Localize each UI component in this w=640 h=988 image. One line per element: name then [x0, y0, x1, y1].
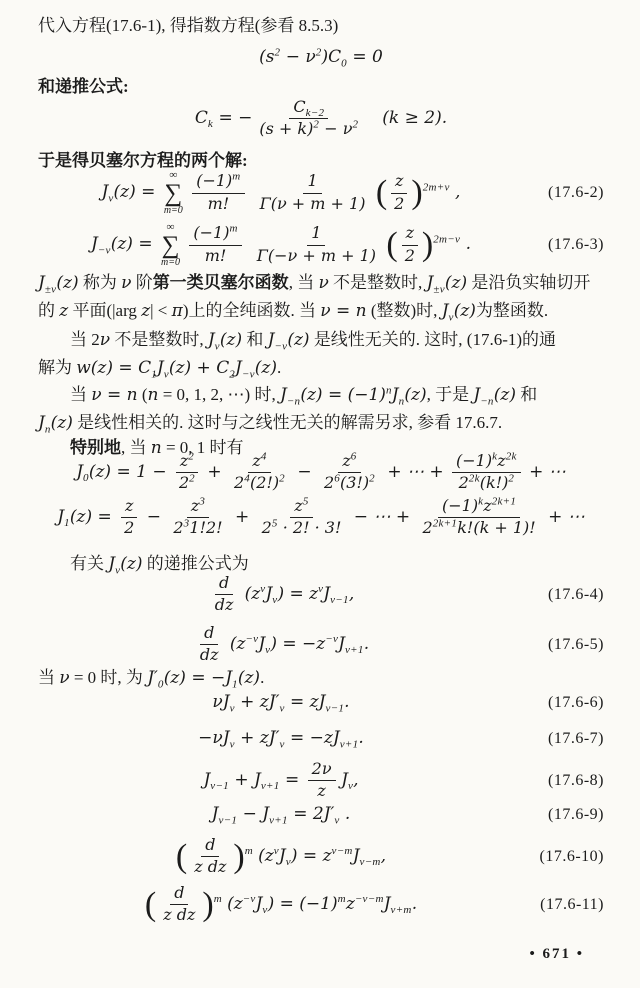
math-text: d: [219, 573, 229, 592]
math-superscript: 2: [369, 473, 375, 485]
math-text: .: [358, 728, 363, 748]
math-superscript: 2: [189, 473, 195, 485]
math-text: ,: [353, 770, 358, 790]
math-fraction: 1Γ(ν + m + 1): [256, 172, 370, 214]
math-text: d: [204, 623, 214, 642]
math-text: (z): [220, 330, 242, 350]
math-text: (z: [227, 894, 243, 914]
math-text: .: [412, 894, 417, 914]
math-text: (s: [259, 47, 274, 67]
math-text: J: [91, 234, 98, 254]
body-text: 不是整数时,: [110, 330, 208, 349]
math-superscript: 4: [261, 451, 267, 463]
math-superscript: 2k+1: [492, 496, 517, 508]
big-paren: ): [202, 886, 213, 923]
math-text: +: [230, 507, 255, 527]
line-nu-zero: 当 ν = 0 时, 为 J′0(z) = −J1(z).: [38, 667, 604, 690]
fraction-denominator: 2: [120, 518, 138, 538]
eq-17-6-6: νJν + zJ′ν = zJν−1.(17.6-6): [38, 691, 604, 714]
fraction-numerator: 1: [307, 224, 325, 245]
math-text: =: [280, 770, 305, 790]
para-independent-1: 当 2ν 不是整数时, Jν(z) 和 J−ν(z) 是线性无关的. 这时, (…: [38, 329, 604, 352]
math-text: Γ(−ν + m + 1): [257, 246, 376, 265]
math-fraction: z626(3!)2: [320, 452, 379, 494]
formula-body: ddz(zνJν) = zνJν−1,: [38, 574, 524, 616]
math-text: C: [195, 108, 208, 128]
math-text: (−1): [196, 171, 232, 190]
math-superscript: 3: [199, 496, 205, 508]
math-text: 1!2!: [189, 518, 222, 537]
math-subscript: k−2: [306, 107, 325, 119]
math-subscript: ±ν: [45, 283, 57, 295]
math-subscript: ν−1: [210, 780, 229, 792]
equation-number: (17.6-7): [524, 728, 604, 750]
math-text: J: [280, 385, 287, 405]
math-superscript: −ν: [325, 633, 338, 645]
math-text: z: [406, 223, 414, 242]
para-dependent-2: Jn(z) 是线性相关的. 这时与之线性无关的解需另求, 参看 17.6.7.: [38, 412, 604, 435]
math-text: − ν: [319, 119, 352, 138]
math-text: (z): [494, 385, 516, 405]
eq-17-6-2: Jν(z) = ∞∑m=0(−1)mm!1Γ(ν + m + 1)(z2)2m+…: [38, 170, 604, 216]
eq-j1-series: J1(z) = z2 − z3231!2! + z525 · 2! · 3! −…: [38, 497, 604, 539]
formula-body: Jν−1 − Jν+1 = 2J′ν .: [38, 803, 524, 826]
math-text: + J: [229, 770, 261, 790]
math-text: (z): [454, 301, 476, 321]
math-text: z: [346, 894, 355, 914]
math-text: ,: [381, 846, 386, 866]
math-text: d: [205, 835, 215, 854]
math-text: J: [442, 301, 449, 321]
big-paren: (: [376, 174, 387, 211]
equation-number: (17.6-8): [524, 770, 604, 792]
math-text: = −zJ: [285, 728, 340, 748]
body-text: = 0 时, 为: [70, 668, 148, 687]
math-subscript: ν+m: [391, 904, 412, 916]
math-text: ν: [121, 273, 131, 293]
math-fraction: Ck−2(s + k)2 − ν2: [255, 98, 362, 140]
fraction-numerator: d: [170, 884, 188, 905]
math-text: ) = −z: [270, 634, 325, 654]
math-subscript: ν−m: [360, 856, 381, 868]
body-text: 为整函数.: [476, 301, 548, 320]
body-text: 有关: [70, 554, 108, 573]
math-subscript: −ν: [274, 340, 287, 352]
body-text: | <: [150, 301, 172, 320]
fraction-denominator: 24(2!)2: [230, 473, 289, 493]
math-text: J: [38, 413, 45, 433]
para-first-kind-1: J±ν(z) 称为 ν 阶第一类贝塞尔函数, 当 ν 不是整数时, J±ν(z)…: [38, 272, 604, 295]
math-text: J: [157, 358, 164, 378]
math-superscript: m: [338, 893, 346, 905]
fraction-denominator: (s + k)2 − ν2: [255, 119, 362, 139]
math-text: (z): [445, 273, 467, 293]
math-fraction: z3231!2!: [169, 497, 226, 539]
math-text: J: [208, 330, 215, 350]
math-text: 2: [262, 518, 272, 537]
math-text: (z) + C: [169, 358, 229, 378]
math-fraction: z222: [175, 452, 199, 494]
eq-recurrence: Ck = −Ck−2(s + k)2 − ν2(k ≥ 2).: [38, 98, 604, 140]
fraction-numerator: (−1)m: [192, 172, 244, 193]
math-text: z: [497, 451, 505, 470]
fraction-denominator: 22: [175, 473, 199, 493]
eq-17-6-9: Jν−1 − Jν+1 = 2J′ν .(17.6-9): [38, 803, 604, 826]
math-text: z: [342, 451, 350, 470]
para-intro: 代入方程(17.6-1), 得指数方程(参看 8.5.3): [38, 15, 604, 38]
math-text: z: [395, 171, 403, 190]
fraction-numerator: z5: [290, 497, 312, 518]
fraction-numerator: d: [215, 574, 233, 595]
body-text: 和: [516, 385, 537, 404]
formula-body: (dz dz)m(zνJν) = zν−mJν−m,: [38, 836, 524, 878]
math-text: (z) = 1 −: [89, 462, 172, 482]
math-text: (z: [245, 584, 261, 604]
math-text: νJ: [212, 692, 229, 712]
math-text: (z): [255, 358, 277, 378]
math-text: z: [483, 496, 491, 515]
math-text: ν: [59, 668, 69, 688]
big-paren: ): [411, 174, 422, 211]
eq-17-6-3: J−ν(z) = ∞∑m=0(−1)mm!1Γ(−ν + m + 1)(z2)2…: [38, 222, 604, 268]
math-text: z: [59, 301, 68, 321]
big-paren: ): [233, 838, 244, 875]
math-text: J: [384, 894, 391, 914]
math-subscript: ν−1: [330, 594, 349, 606]
sum-lower-limit: m=0: [164, 206, 183, 216]
math-subscript: −ν: [242, 368, 255, 380]
math-subscript: −n: [480, 395, 494, 407]
math-superscript: 2k: [469, 473, 480, 485]
body-text: (: [138, 385, 148, 404]
math-text: J: [338, 634, 345, 654]
equation-number: (17.6-11): [524, 894, 604, 916]
math-fraction: dz dz: [190, 836, 230, 878]
math-superscript: −ν: [245, 633, 258, 645]
eq-j0-series: J0(z) = 1 − z222 + z424(2!)2 − z626(3!)2…: [38, 452, 604, 494]
math-text: (z: [230, 634, 246, 654]
equation-number: (17.6-9): [524, 804, 604, 826]
body-text: 解为: [38, 358, 76, 377]
big-paren: (: [145, 886, 156, 923]
math-text: (−1): [442, 496, 478, 515]
math-text: + zJ′: [235, 692, 280, 712]
math-text: z dz: [163, 905, 195, 924]
line-recurrence-label: 和递推公式:: [38, 76, 604, 99]
math-text: z: [317, 781, 325, 800]
fraction-numerator: z: [402, 224, 418, 245]
fraction-numerator: d: [201, 836, 219, 857]
scanned-book-page: 代入方程(17.6-1), 得指数方程(参看 8.5.3)(s2 − ν2)C0…: [0, 0, 640, 988]
body-text: 代入方程(17.6-1), 得指数方程(参看 8.5.3): [38, 16, 338, 35]
body-text: 是线性相关的. 这时与之线性无关的解需另求, 参看 17.6.7.: [73, 413, 502, 432]
math-superscript: 2k: [506, 451, 517, 463]
math-text: w(z) = C: [76, 358, 151, 378]
equation-number: (17.6-2): [524, 182, 604, 204]
equation-number: (17.6-6): [524, 692, 604, 714]
equation-number: (17.6-10): [524, 846, 604, 868]
math-superscript: 2: [352, 119, 358, 131]
fraction-denominator: 25 · 2! · 3!: [258, 518, 346, 538]
body-text: , 于是: [427, 385, 474, 404]
math-superscript: m: [245, 845, 253, 857]
math-fraction: ddz: [196, 624, 223, 666]
math-text: z: [125, 496, 133, 515]
math-text: · 2! · 3!: [278, 518, 342, 537]
math-text: = 2J′: [288, 804, 335, 824]
math-text: (3!): [340, 473, 369, 492]
math-text: 2: [405, 246, 415, 265]
fraction-denominator: 2: [390, 194, 408, 214]
math-text: 2: [324, 473, 334, 492]
math-text: 2: [173, 518, 183, 537]
formula-body: J−ν(z) = ∞∑m=0(−1)mm!1Γ(−ν + m + 1)(z2)2…: [38, 222, 524, 268]
math-fraction: (−1)kz2k22k(k!)2: [452, 452, 521, 494]
summation-sign: ∞∑m=0: [164, 170, 183, 216]
equation-number: (17.6-3): [524, 234, 604, 256]
body-text: 阶: [131, 273, 152, 292]
big-paren: (: [176, 838, 187, 875]
body-text: .: [260, 668, 264, 687]
body-text: (整数)时,: [367, 301, 442, 320]
math-text: 2: [124, 518, 134, 537]
math-text: (−1): [193, 223, 229, 242]
formula-body: Jν(z) = ∞∑m=0(−1)mm!1Γ(ν + m + 1)(z2)2m+…: [38, 170, 524, 216]
fraction-denominator: 2: [401, 246, 419, 266]
math-superscript: 5: [303, 496, 309, 508]
math-text: (z): [404, 385, 426, 405]
math-text: (z): [56, 273, 78, 293]
fraction-numerator: z: [121, 497, 137, 518]
math-text: 2: [179, 473, 189, 492]
fraction-denominator: z dz: [190, 857, 230, 877]
math-text: )C: [322, 47, 342, 67]
math-superscript: 6: [351, 451, 357, 463]
math-text: ,: [450, 182, 461, 202]
math-text: n: [148, 385, 159, 405]
body-text: 的递推公式为: [143, 554, 249, 573]
math-superscript: ν−m: [332, 845, 353, 857]
math-text: (s + k): [259, 119, 313, 138]
math-text: 2: [423, 518, 433, 537]
math-text: (z) = (−1): [300, 385, 386, 405]
equation-number: (17.6-4): [524, 584, 604, 606]
math-superscript: 2m−ν: [433, 233, 460, 245]
fraction-numerator: 2ν: [308, 760, 336, 781]
math-fraction: (−1)mm!: [192, 172, 244, 214]
math-text: (z): [51, 413, 73, 433]
big-paren: (: [386, 226, 397, 263]
body-text: )上的全纯函数. 当: [183, 301, 320, 320]
math-text: + ⋯ +: [382, 462, 449, 482]
math-text: 2ν: [312, 759, 332, 778]
math-superscript: m: [232, 171, 240, 183]
math-superscript: 2: [508, 473, 514, 485]
math-text: J: [279, 846, 286, 866]
math-text: ν = n: [91, 385, 137, 405]
math-superscript: −ν−m: [355, 893, 384, 905]
math-superscript: −ν: [243, 893, 256, 905]
bold-text: 第一类贝塞尔函数: [153, 273, 289, 292]
math-fraction: z2: [120, 497, 138, 539]
math-text: ,: [349, 584, 354, 604]
math-subscript: −n: [287, 395, 301, 407]
formula-body: (dz dz)m(z−νJν) = (−1)mz−ν−mJν+m.: [38, 884, 524, 926]
fraction-numerator: (−1)kz2k+1: [438, 497, 520, 518]
math-text: ) = z: [277, 584, 318, 604]
math-text: z dz: [194, 857, 226, 876]
math-text: − ν: [280, 47, 315, 67]
body-text: = 0, 1, 2, ⋯) 时,: [158, 385, 280, 404]
math-text: (2!): [250, 473, 279, 492]
fraction-denominator: m!: [201, 246, 231, 266]
fraction-denominator: m!: [204, 194, 234, 214]
math-text: + ⋯: [543, 507, 585, 527]
fraction-denominator: 22k+1k!(k + 1)!: [419, 518, 540, 538]
math-fraction: 1Γ(−ν + m + 1): [253, 224, 380, 266]
equation-number: (17.6-5): [524, 634, 604, 656]
fraction-numerator: (−1)m: [189, 224, 241, 245]
sum-lower-limit: m=0: [161, 258, 180, 268]
fraction-denominator: dz: [196, 645, 223, 665]
formula-body: ddz(z−νJν) = −z−νJν+1.: [38, 624, 524, 666]
math-text: Γ(ν + m + 1): [260, 194, 366, 213]
para-dependent-1: 当 ν = n (n = 0, 1, 2, ⋯) 时, J−n(z) = (−1…: [38, 384, 604, 407]
fraction-numerator: Ck−2: [289, 98, 328, 119]
math-text: (−1): [456, 451, 492, 470]
math-superscript: 2k+1: [433, 518, 458, 530]
bold-text: 于是得贝塞尔方程的两个解:: [38, 151, 248, 170]
math-fraction: (−1)mm!: [189, 224, 241, 266]
math-text: (z) =: [114, 182, 161, 202]
math-fraction: 2νz: [308, 760, 336, 802]
body-text: 当: [70, 385, 91, 404]
math-subscript: ν+1: [261, 780, 280, 792]
fraction-numerator: z: [391, 172, 407, 193]
fraction-numerator: z6: [338, 452, 360, 473]
math-text: (z: [258, 846, 274, 866]
math-text: J: [235, 358, 242, 378]
fraction-numerator: d: [200, 624, 218, 645]
math-text: = zJ: [285, 692, 326, 712]
para-first-kind-2: 的 z 平面(|arg z| < π)上的全纯函数. 当 ν = n (整数)时…: [38, 300, 604, 323]
math-fraction: z525 · 2! · 3!: [258, 497, 346, 539]
math-text: + ⋯: [524, 462, 566, 482]
body-text: 平面(|arg: [68, 301, 141, 320]
math-text: J: [38, 273, 45, 293]
math-text: (z) = −J: [164, 668, 232, 688]
math-fraction: z2: [401, 224, 419, 266]
body-text: 称为: [79, 273, 122, 292]
body-text: 是线性无关的. 这时, (17.6-1)的通: [310, 330, 556, 349]
bold-text: 和递推公式:: [38, 77, 129, 96]
math-text: + zJ′: [235, 728, 280, 748]
math-text: −νJ: [198, 728, 229, 748]
math-text: −: [141, 507, 166, 527]
math-subscript: ν+1: [269, 814, 288, 826]
math-subscript: ν−1: [218, 814, 237, 826]
body-text: 不是整数时,: [329, 273, 427, 292]
math-text: (z) =: [111, 234, 158, 254]
body-text: 是沿负实轴切开: [467, 273, 590, 292]
math-superscript: m: [214, 893, 222, 905]
math-text: − ⋯ +: [348, 507, 415, 527]
math-text: − J: [237, 804, 269, 824]
eq-17-6-11: (dz dz)m(z−νJν) = (−1)mz−ν−mJν+m.(17.6-1…: [38, 884, 604, 926]
math-subscript: ν+1: [345, 644, 364, 656]
math-text: 2: [459, 473, 469, 492]
math-text: m!: [205, 246, 227, 265]
math-text: (z): [238, 668, 260, 688]
formula-body: νJν + zJ′ν = zJν−1.: [38, 691, 524, 714]
summation-sign: ∞∑m=0: [161, 222, 180, 268]
math-text: z: [252, 451, 260, 470]
fraction-denominator: dz: [211, 595, 238, 615]
body-text: .: [277, 358, 281, 377]
math-text: ) = z: [291, 846, 332, 866]
fraction-numerator: z2: [176, 452, 198, 473]
line-recurrence-formulas: 有关 Jν(z) 的递推公式为: [38, 553, 604, 576]
math-text: ) = (−1): [268, 894, 338, 914]
math-text: J: [392, 385, 399, 405]
math-superscript: m: [229, 223, 237, 235]
math-text: 2: [394, 194, 404, 213]
math-fraction: dz dz: [159, 884, 199, 926]
math-text: 2: [234, 473, 244, 492]
fraction-denominator: 231!2!: [169, 518, 226, 538]
eq-17-6-4: ddz(zνJν) = zνJν−1,(17.6-4): [38, 574, 604, 616]
body-text: 的: [38, 301, 59, 320]
eq-17-6-8: Jν−1 + Jν+1 = 2νzJν,(17.6-8): [38, 760, 604, 802]
body-text: 和: [242, 330, 268, 349]
fraction-numerator: z4: [248, 452, 270, 473]
math-text: dz: [215, 595, 234, 614]
math-text: (z): [287, 330, 309, 350]
formula-body: −νJν + zJ′ν = −zJν+1.: [38, 727, 524, 750]
math-superscript: 2: [188, 451, 194, 463]
math-text: J: [76, 462, 83, 482]
fraction-numerator: 1: [303, 172, 321, 193]
math-subscript: ±ν: [433, 283, 445, 295]
math-text: (z): [120, 554, 142, 574]
math-text: J′: [147, 668, 158, 688]
math-text: .: [460, 234, 471, 254]
math-subscript: ν−1: [325, 702, 344, 714]
math-text: = 0: [347, 47, 383, 67]
math-text: (z) =: [70, 507, 117, 527]
sigma-glyph: ∑: [164, 181, 182, 206]
fraction-denominator: Γ(−ν + m + 1): [253, 246, 380, 266]
eq-17-6-7: −νJν + zJ′ν = −zJν+1.(17.6-7): [38, 727, 604, 750]
math-text: 1: [311, 223, 321, 242]
math-text: dz: [200, 645, 219, 664]
page-number: • 671 •: [529, 946, 584, 963]
body-text: 当 2: [70, 330, 100, 349]
math-text: = −: [213, 108, 252, 128]
math-text: J: [353, 846, 360, 866]
fraction-denominator: z: [313, 781, 329, 801]
math-text: ν: [318, 273, 328, 293]
math-text: k!(k + 1)!: [457, 518, 536, 537]
math-subscript: −ν: [98, 244, 111, 256]
math-subscript: ν+1: [340, 738, 359, 750]
math-text: d: [174, 883, 184, 902]
math-superscript: 2: [279, 473, 285, 485]
math-text: C: [293, 97, 305, 116]
math-text: π: [172, 301, 183, 321]
math-text: z: [141, 301, 150, 321]
eq-17-6-5: ddz(z−νJν) = −z−νJν+1.(17.6-5): [38, 624, 604, 666]
